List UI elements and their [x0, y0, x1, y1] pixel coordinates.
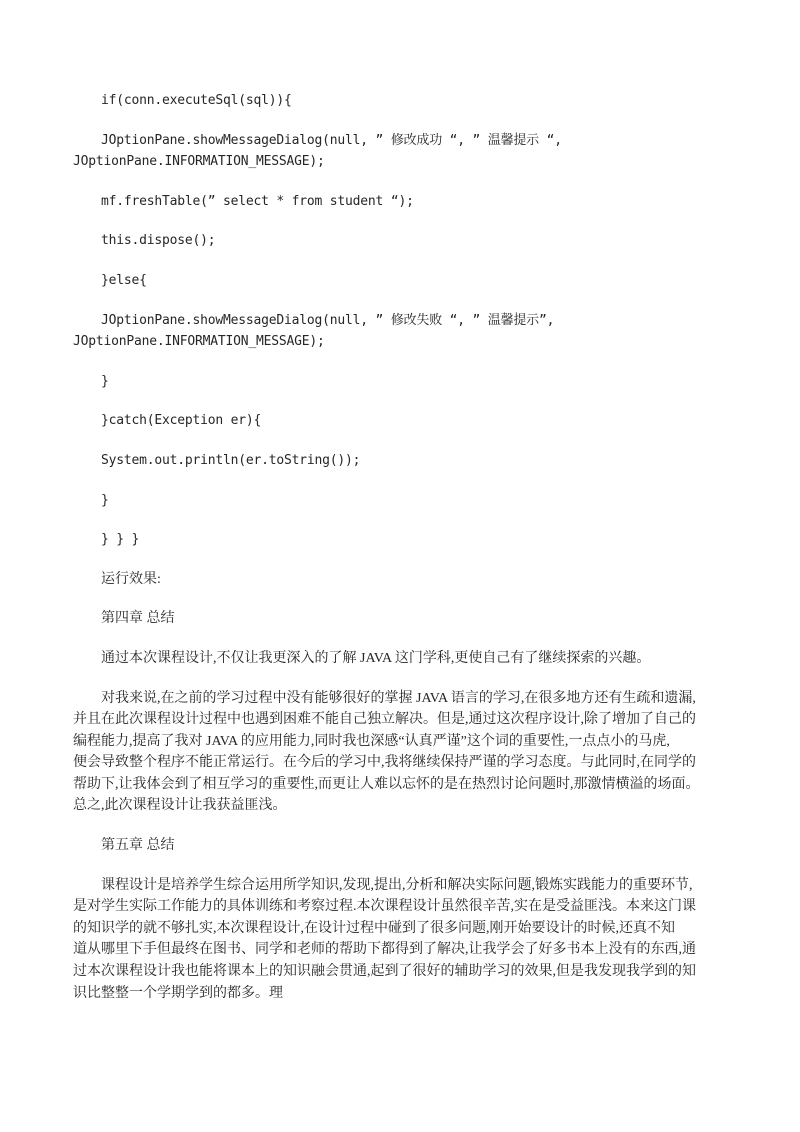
paragraph-line: 对我来说,在之前的学习过程中没有能够很好的掌握 JAVA 语言的学习,在很多地方…: [73, 688, 742, 710]
code-block: } } }: [73, 529, 742, 551]
code-line: JOptionPane.INFORMATION_MESSAGE);: [73, 151, 742, 173]
code-block: }else{: [73, 270, 742, 292]
chapter4-heading: 第四章 总结: [73, 608, 742, 630]
code-line: if(conn.executeSql(sql)){: [73, 90, 742, 112]
code-block: }: [73, 490, 742, 512]
code-line: mf.freshTable(” select * from student “)…: [73, 191, 742, 213]
chapter4-heading-block: 第四章 总结: [73, 608, 742, 630]
code-line: JOptionPane.showMessageDialog(null, ” 修改…: [73, 310, 742, 332]
paragraph-line: 道从哪里下手但最终在图书、同学和老师的帮助下都得到了解决,让我学会了好多书本上没…: [73, 939, 742, 961]
run-result-label: 运行效果:: [73, 569, 742, 591]
paragraph-line: 是对学生实际工作能力的具体训练和考察过程.本次课程设计虽然很辛苦,实在是受益匪浅…: [73, 896, 742, 918]
run-result-label-block: 运行效果:: [73, 569, 742, 591]
chapter4-paragraph-2: 对我来说,在之前的学习过程中没有能够很好的掌握 JAVA 语言的学习,在很多地方…: [73, 688, 742, 818]
code-line: } } }: [73, 529, 742, 551]
document-page: if(conn.executeSql(sql)){ JOptionPane.sh…: [0, 0, 800, 1132]
code-block: this.dispose();: [73, 230, 742, 252]
code-block: mf.freshTable(” select * from student “)…: [73, 191, 742, 213]
paragraph-line: 便会导致整个程序不能正常运行。在今后的学习中,我将继续保持严谨的学习态度。与此同…: [73, 752, 742, 774]
chapter5-paragraph: 课程设计是培养学生综合运用所学知识,发现,提出,分析和解决实际问题,锻炼实践能力…: [73, 875, 742, 1005]
code-line: this.dispose();: [73, 230, 742, 252]
chapter4-paragraph: 通过本次课程设计,不仅让我更深入的了解 JAVA 这门学科,更使自己有了继续探索…: [73, 648, 742, 670]
paragraph-line: 过本次课程设计我也能将课本上的知识融会贯通,起到了很好的辅助学习的效果,但是我发…: [73, 961, 742, 983]
paragraph-line: 并且在此次课程设计过程中也遇到困难不能自己独立解决。但是,通过这次程序设计,除了…: [73, 709, 742, 731]
paragraph-line: 总之,此次课程设计让我获益匪浅。: [73, 795, 742, 817]
code-line: }: [73, 490, 742, 512]
code-line: }else{: [73, 270, 742, 292]
paragraph-line: 帮助下,让我体会到了相互学习的重要性,而更让人难以忘怀的是在热烈讨论问题时,那激…: [73, 774, 742, 796]
code-line: JOptionPane.INFORMATION_MESSAGE);: [73, 331, 742, 353]
code-line: System.out.println(er.toString());: [73, 450, 742, 472]
paragraph-line: 识比整整一个学期学到的都多。理: [73, 983, 742, 1005]
paragraph-line: 课程设计是培养学生综合运用所学知识,发现,提出,分析和解决实际问题,锻炼实践能力…: [73, 875, 742, 897]
code-line: }: [73, 371, 742, 393]
code-block: if(conn.executeSql(sql)){: [73, 90, 742, 112]
code-block: }catch(Exception er){: [73, 410, 742, 432]
paragraph-line: 的知识学的就不够扎实,本次课程设计,在设计过程中碰到了很多问题,刚开始要设计的时…: [73, 918, 742, 940]
chapter5-heading-block: 第五章 总结: [73, 835, 742, 857]
code-block: }: [73, 371, 742, 393]
chapter5-heading: 第五章 总结: [73, 835, 742, 857]
paragraph-line: 编程能力,提高了我对 JAVA 的应用能力,同时我也深感“认真严谨”这个词的重要…: [73, 731, 742, 753]
code-line: JOptionPane.showMessageDialog(null, ” 修改…: [73, 130, 742, 152]
code-line: }catch(Exception er){: [73, 410, 742, 432]
code-block: JOptionPane.showMessageDialog(null, ” 修改…: [73, 130, 742, 173]
code-block: JOptionPane.showMessageDialog(null, ” 修改…: [73, 310, 742, 353]
paragraph-line: 通过本次课程设计,不仅让我更深入的了解 JAVA 这门学科,更使自己有了继续探索…: [73, 648, 742, 670]
code-block: System.out.println(er.toString());: [73, 450, 742, 472]
